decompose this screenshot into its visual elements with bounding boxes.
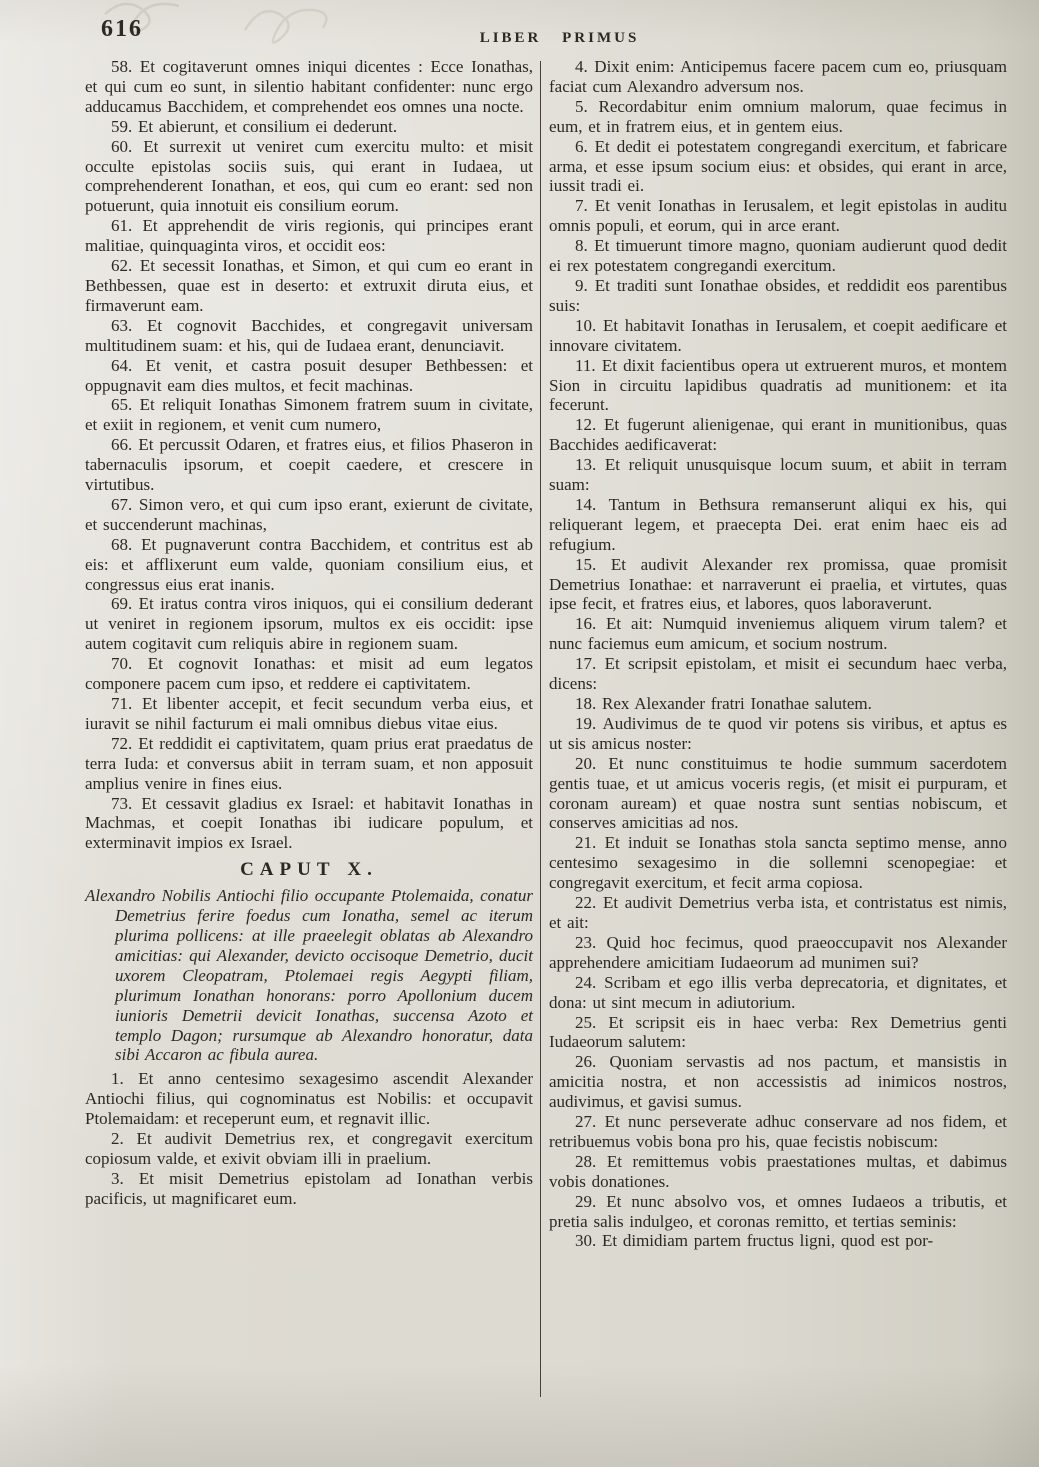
verse-number: 73. (111, 794, 132, 813)
text-columns: 58. Et cogitaverunt omnes iniqui dicente… (85, 57, 1007, 1397)
verse: 9. Et traditi sunt Ionathae obsides, et … (549, 276, 1007, 316)
verse-number: 26. (575, 1052, 596, 1071)
verse: 14. Tantum in Bethsura remanserunt aliqu… (549, 495, 1007, 555)
left-verses-bottom: 1. Et anno centesimo sexagesimo ascendit… (85, 1069, 533, 1208)
verse-number: 3. (111, 1169, 124, 1188)
verse-number: 7. (575, 196, 588, 215)
verse-number: 23. (575, 933, 596, 952)
verse: 72. Et reddidit ei captivitatem, quam pr… (85, 734, 533, 794)
verse: 7. Et venit Ionathas in Ierusalem, et le… (549, 196, 1007, 236)
verse-number: 62. (111, 256, 132, 275)
column-divider-rule (540, 61, 541, 1397)
verse-number: 67. (111, 495, 132, 514)
verse: 5. Recordabitur enim omnium malorum, qua… (549, 97, 1007, 137)
chapter-heading: CAPUT X. (85, 860, 533, 880)
verse: 61. Et apprehendit de viris regionis, qu… (85, 216, 533, 256)
verse: 13. Et reliquit unusquisque locum suum, … (549, 455, 1007, 495)
verse: 18. Rex Alexander fratri Ionathae salute… (549, 694, 1007, 714)
verse: 64. Et venit, et castra posuit desuper B… (85, 356, 533, 396)
verse: 11. Et dixit facientibus opera ut extrue… (549, 356, 1007, 416)
verse: 15. Et audivit Alexander rex promissa, q… (549, 555, 1007, 615)
verse-number: 72. (111, 734, 132, 753)
verse-number: 14. (575, 495, 596, 514)
verse-number: 28. (575, 1152, 596, 1171)
verse-number: 71. (111, 694, 132, 713)
verse: 12. Et fugerunt alienigenae, qui erant i… (549, 415, 1007, 455)
verse: 62. Et secessit Ionathas, et Simon, et q… (85, 256, 533, 316)
verse: 8. Et timuerunt timore magno, quoniam au… (549, 236, 1007, 276)
verse-number: 63. (111, 316, 132, 335)
verse-number: 8. (575, 236, 588, 255)
right-column: 4. Dixit enim: Anticipemus facere pacem … (549, 57, 1007, 1251)
verse: 25. Et scripsit eis in haec verba: Rex D… (549, 1013, 1007, 1053)
verse-number: 70. (111, 654, 132, 673)
verse: 2. Et audivit Demetrius rex, et congrega… (85, 1129, 533, 1169)
verse-number: 20. (575, 754, 596, 773)
verse: 59. Et abierunt, et consilium ei dederun… (85, 117, 533, 137)
verse-number: 13. (575, 455, 596, 474)
verse: 70. Et cognovit Ionathas: et misit ad eu… (85, 654, 533, 694)
verse-number: 17. (575, 654, 596, 673)
verse-number: 10. (575, 316, 596, 335)
verse-number: 29. (575, 1192, 596, 1211)
verse: 19. Audivimus de te quod vir potens sis … (549, 714, 1007, 754)
verse-number: 16. (575, 614, 596, 633)
verse-number: 15. (575, 555, 596, 574)
verse: 28. Et remittemus vobis praestationes mu… (549, 1152, 1007, 1192)
verse: 68. Et pugnaverunt contra Bacchidem, et … (85, 535, 533, 595)
verse-number: 6. (575, 137, 588, 156)
verse-number: 9. (575, 276, 588, 295)
verse: 24. Scribam et ego illis verba deprecato… (549, 973, 1007, 1013)
verse: 67. Simon vero, et qui cum ipso erant, e… (85, 495, 533, 535)
verse-number: 61. (111, 216, 132, 235)
verse-number: 11. (575, 356, 596, 375)
chapter-argument: Alexandro Nobilis Antiochi filio occupan… (85, 886, 533, 1065)
verse: 29. Et nunc absolvo vos, et omnes Iudaeo… (549, 1192, 1007, 1232)
verse: 27. Et nunc perseverate adhuc conservare… (549, 1112, 1007, 1152)
verse-number: 64. (111, 356, 132, 375)
verse: 60. Et surrexit ut veniret cum exercitu … (85, 137, 533, 217)
verse: 4. Dixit enim: Anticipemus facere pacem … (549, 57, 1007, 97)
verse-number: 59. (111, 117, 132, 136)
verse: 71. Et libenter accepit, et fecit secund… (85, 694, 533, 734)
verse: 69. Et iratus contra viros iniquos, qui … (85, 594, 533, 654)
verse: 16. Et ait: Numquid inveniemus aliquem v… (549, 614, 1007, 654)
verse-number: 27. (575, 1112, 596, 1131)
verse-number: 69. (111, 594, 132, 613)
verse: 23. Quid hoc fecimus, quod praeoccupavit… (549, 933, 1007, 973)
verse-number: 19. (575, 714, 596, 733)
verse: 10. Et habitavit Ionathas in Ierusalem, … (549, 316, 1007, 356)
verse: 30. Et dimidiam partem fructus ligni, qu… (549, 1231, 1007, 1251)
verse-number: 22. (575, 893, 596, 912)
verse: 73. Et cessavit gladius ex Israel: et ha… (85, 794, 533, 854)
verse-number: 25. (575, 1013, 596, 1032)
left-column: 58. Et cogitaverunt omnes iniqui dicente… (85, 57, 533, 1209)
scanned-book-page: 616 LIBER PRIMUS 58. Et cogitaverunt omn… (0, 0, 1039, 1467)
left-verses-top: 58. Et cogitaverunt omnes iniqui dicente… (85, 57, 533, 853)
verse: 1. Et anno centesimo sexagesimo ascendit… (85, 1069, 533, 1129)
verse: 66. Et percussit Odaren, et fratres eius… (85, 435, 533, 495)
verse-number: 24. (575, 973, 596, 992)
verse-number: 66. (111, 435, 132, 454)
verse-number: 58. (111, 57, 132, 76)
verse-number: 30. (575, 1231, 596, 1250)
right-verses: 4. Dixit enim: Anticipemus facere pacem … (549, 57, 1007, 1251)
verse: 17. Et scripsit epistolam, et misit ei s… (549, 654, 1007, 694)
verse-number: 21. (575, 833, 596, 852)
verse-number: 68. (111, 535, 132, 554)
verse-number: 1. (111, 1069, 124, 1088)
verse: 3. Et misit Demetrius epistolam ad Ionat… (85, 1169, 533, 1209)
verse: 20. Et nunc constituimus te hodie summum… (549, 754, 1007, 834)
verse-number: 60. (111, 137, 132, 156)
verse: 65. Et reliquit Ionathas Simonem fratrem… (85, 395, 533, 435)
verse: 26. Quoniam servastis ad nos pactum, et … (549, 1052, 1007, 1112)
verse-number: 12. (575, 415, 596, 434)
verse-number: 5. (575, 97, 588, 116)
verse: 58. Et cogitaverunt omnes iniqui dicente… (85, 57, 533, 117)
verse: 6. Et dedit ei potestatem congregandi ex… (549, 137, 1007, 197)
verse-number: 18. (575, 694, 596, 713)
verse: 21. Et induit se Ionathas stola sancta s… (549, 833, 1007, 893)
verse: 63. Et cognovit Bacchides, et congregavi… (85, 316, 533, 356)
verse-number: 4. (575, 57, 588, 76)
verse-number: 65. (111, 395, 132, 414)
verse-number: 2. (111, 1129, 124, 1148)
verse: 22. Et audivit Demetrius verba ista, et … (549, 893, 1007, 933)
running-title: LIBER PRIMUS (80, 30, 1039, 47)
